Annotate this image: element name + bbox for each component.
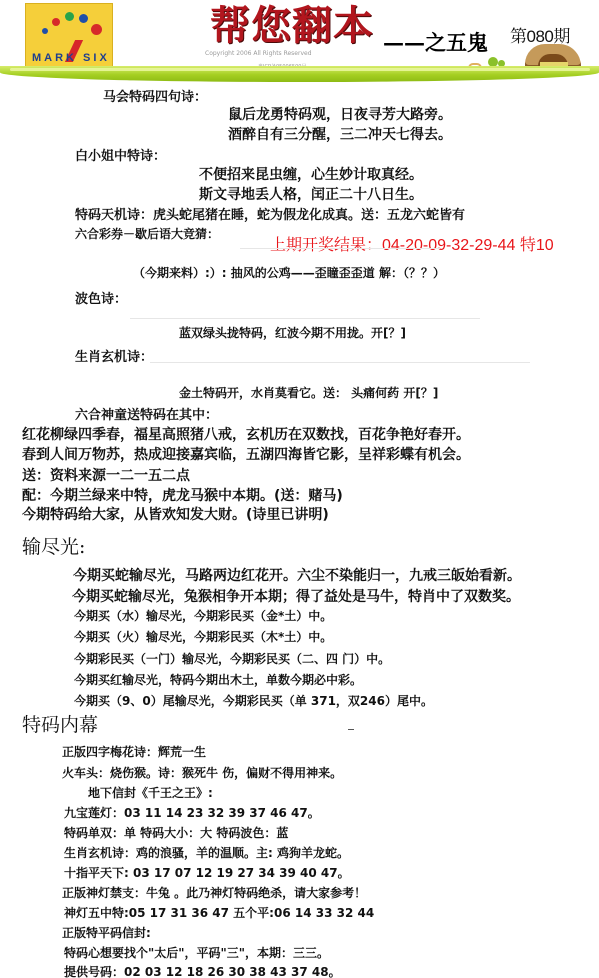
- inside-line: 特码心想要找个"太后"，平码"三"，本期：三三。: [64, 944, 329, 961]
- inside-heading: 特码内幕: [22, 710, 98, 737]
- logo-text: MARK SIX: [32, 52, 110, 64]
- wave-poem-label: 波色诗：: [75, 288, 127, 307]
- inside-line: 提供号码：02 03 12 18 26 30 38 43 37 48。: [64, 963, 341, 978]
- inside-line: 生肖玄机诗：鸡的浪骚，羊的温顺。主: 鸡狗羊龙蛇。: [64, 844, 349, 861]
- shentong-line: 春到人间万物苏，热成迎接嘉宾临，五湖四海皆它影，呈祥彩蝶有机会。: [22, 444, 470, 464]
- lose-all-line: 今期买（水）输尽光，今期彩民买（金*土）中。: [74, 607, 332, 624]
- mahui-poem-line: 鼠后龙勇特码观，日夜寻芳大路旁。: [228, 104, 452, 124]
- lose-all-line: 今期买蛇输尽光，马路两边红花开。六尘不染能归一，九戒三皈始看新。: [73, 565, 521, 585]
- shentong-line: 配：今期兰绿来中特，虎龙马猴中本期。(送：赌马): [22, 485, 343, 505]
- xiehouyu-label: 六合彩券－歇后语大竞猜：: [75, 225, 219, 242]
- tianji-poem: 特码天机诗：虎头蛇尾猪在睡，蛇为假龙化成真。送：五龙六蛇皆有: [75, 204, 465, 223]
- mahui-poem-label: 马会特码四句诗：: [103, 86, 207, 105]
- last-draw-result: 上期开奖结果：04-20-09-32-29-44 特10: [270, 232, 554, 255]
- stray-mark: [348, 729, 354, 730]
- inside-line: 十指平天下: 03 17 07 12 19 27 34 39 40 47。: [64, 864, 350, 881]
- page-title: 帮您翻本: [210, 2, 374, 50]
- zodiac-poem-label: 生肖玄机诗：: [75, 346, 153, 365]
- lose-all-line: 今期买红输尽光，特码今期出木土，单数今期必中彩。: [74, 671, 362, 688]
- wave-poem-line: 蓝双绿头拢特码，红波今期不用拢。开[？]: [179, 324, 406, 341]
- inside-line: 地下信封《千王之王》:: [88, 784, 213, 801]
- lose-all-line: 今期买蛇输尽光，兔猴相争开本期；得了益处是马牛，特肖中了双数奖。: [72, 586, 520, 606]
- inside-line: 正版特平码信封:: [62, 924, 151, 941]
- lose-all-line: 今期买（火）输尽光，今期彩民买（木*土）中。: [74, 628, 332, 645]
- xiehouyu-today: （今期来料）:）: 抽风的公鸡——歪瞳歪歪道 解：（？？）: [133, 264, 445, 281]
- shentong-line: 送：资料来源一二一五二点: [22, 465, 190, 485]
- miss-bai-poem-line: 不便招来昆虫缠，心生妙计取真经。: [199, 164, 423, 184]
- shentong-line: 今期特码给大家，从皆欢知发大财。(诗里已讲明): [22, 504, 329, 524]
- colored-balls-icon: [38, 10, 108, 42]
- miss-bai-poem-line: 斯文寻地丢人格，闰正二十八日生。: [199, 184, 423, 204]
- inside-line: 九宝莲灯：03 11 14 23 32 39 37 46 47。: [64, 804, 320, 821]
- divider: [150, 362, 530, 363]
- miss-bai-poem-label: 白小姐中特诗：: [75, 145, 166, 164]
- lose-all-line: 今期买（9、0）尾输尽光，今期彩民买（单 371，双246）尾中。: [74, 692, 433, 709]
- inside-line: 特码单双：单 特码大小：大 特码波色：蓝: [64, 824, 288, 841]
- divider: [240, 248, 440, 249]
- inside-line: 正版四字梅花诗：辉荒一生: [62, 743, 206, 760]
- page-header: MARK SIX 帮您翻本 Copyright 2006 All Rights …: [0, 0, 599, 82]
- inside-line: 正版神灯禁支：牛兔 。此乃神灯特码绝杀，请大家参考！: [62, 884, 366, 901]
- copyright-text: Copyright 2006 All Rights Reserved: [205, 50, 385, 58]
- grass-highlight: [10, 68, 590, 71]
- mark-six-logo: MARK SIX: [25, 3, 113, 67]
- divider: [130, 318, 480, 319]
- shentong-label: 六合神童送特码在其中：: [75, 404, 218, 423]
- lose-all-line: 今期彩民买（一门）输尽光，今期彩民买（二、四 门）中。: [74, 650, 390, 667]
- lose-all-heading: 输尽光:: [22, 532, 85, 559]
- shentong-line: 红花柳绿四季春，福星高照猪八戒，玄机历在双数找，百花争艳好春开。: [22, 424, 470, 444]
- inside-line: 火车头：烧伤猴。诗：猴死牛 伤，偏财不得用神来。: [62, 764, 342, 781]
- page-subtitle: ——之五鬼: [383, 31, 488, 55]
- mahui-poem-line: 酒醉自有三分醒，三二冲天七得去。: [228, 124, 452, 144]
- zodiac-poem-line: 金土特码开，水肖莫看它。送： 头痛何药 开[？]: [179, 384, 438, 401]
- inside-line: 神灯五中特:05 17 31 36 47 五个平:06 14 33 32 44: [64, 904, 374, 921]
